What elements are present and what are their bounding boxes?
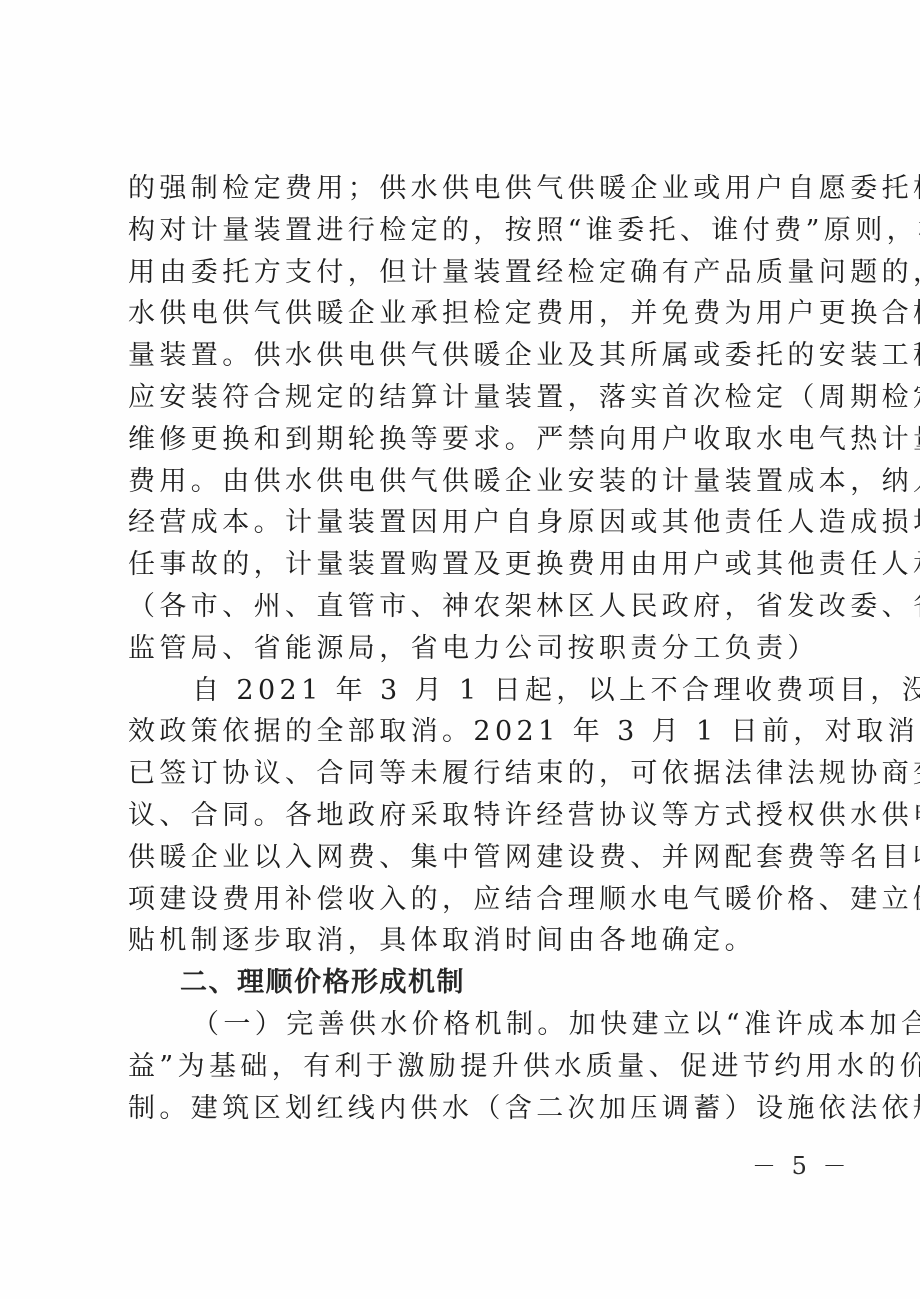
text-line: 水供电供气供暖企业承担检定费用，并免费为用户更换合格的计: [128, 293, 802, 335]
text-line: 构对计量装置进行检定的，按照“谁委托、谁付费”原则，检定费: [128, 210, 802, 252]
document-page: 的强制检定费用；供水供电供气供暖企业或用户自愿委托相关机 构对计量装置进行检定的…: [0, 0, 920, 1299]
paragraph-start-line: 自 2021 年 3 月 1 日起，以上不合理收费项目，没有合法有: [128, 670, 802, 712]
text-line: 益”为基础，有利于激励提升供水质量、促进节约用水的价格机: [128, 1046, 802, 1088]
text-line: 效政策依据的全部取消。2021 年 3 月 1 日前，对取消收费项目: [128, 711, 802, 753]
page-number: － 5 －: [752, 1146, 851, 1181]
text-line: 维修更换和到期轮换等要求。严禁向用户收取水电气热计量装置: [128, 419, 802, 461]
section-heading: 二、理顺价格形成机制: [128, 962, 802, 1004]
text-line: （各市、州、直管市、神农架林区人民政府，省发改委、省市场: [128, 586, 802, 628]
text-line: 任事故的，计量装置购置及更换费用由用户或其他责任人承担。: [128, 544, 802, 586]
text-line: 用由委托方支付，但计量装置经检定确有产品质量问题的，由供: [128, 252, 802, 294]
text-line: 已签订协议、合同等未履行结束的，可依据法律法规协商变更协: [128, 753, 802, 795]
text-line: 制。建筑区划红线内供水（含二次加压调蓄）设施依法依规移交: [128, 1088, 802, 1130]
text-line: 的强制检定费用；供水供电供气供暖企业或用户自愿委托相关机: [128, 168, 802, 210]
text-line: 费用。由供水供电供气供暖企业安装的计量装置成本，纳入企业: [128, 461, 802, 503]
text-line: 供暖企业以入网费、集中管网建设费、并网配套费等名目收取专: [128, 837, 802, 879]
paragraph-start-line: （一）完善供水价格机制。加快建立以“准许成本加合理收: [128, 1004, 802, 1046]
text-line: 项建设费用补偿收入的，应结合理顺水电气暖价格、建立健全补: [128, 879, 802, 921]
text-line: 贴机制逐步取消，具体取消时间由各地确定。: [128, 920, 802, 962]
body-text: 的强制检定费用；供水供电供气供暖企业或用户自愿委托相关机 构对计量装置进行检定的…: [128, 168, 802, 1129]
text-line: 量装置。供水供电供气供暖企业及其所属或委托的安装工程公司: [128, 335, 802, 377]
text-line: 经营成本。计量装置因用户自身原因或其他责任人造成损坏及责: [128, 502, 802, 544]
text-line: 议、合同。各地政府采取特许经营协议等方式授权供水供电供气: [128, 795, 802, 837]
text-line: 应安装符合规定的结算计量装置，落实首次检定（周期检定）、: [128, 377, 802, 419]
text-line: 监管局、省能源局，省电力公司按职责分工负责）: [128, 628, 802, 670]
